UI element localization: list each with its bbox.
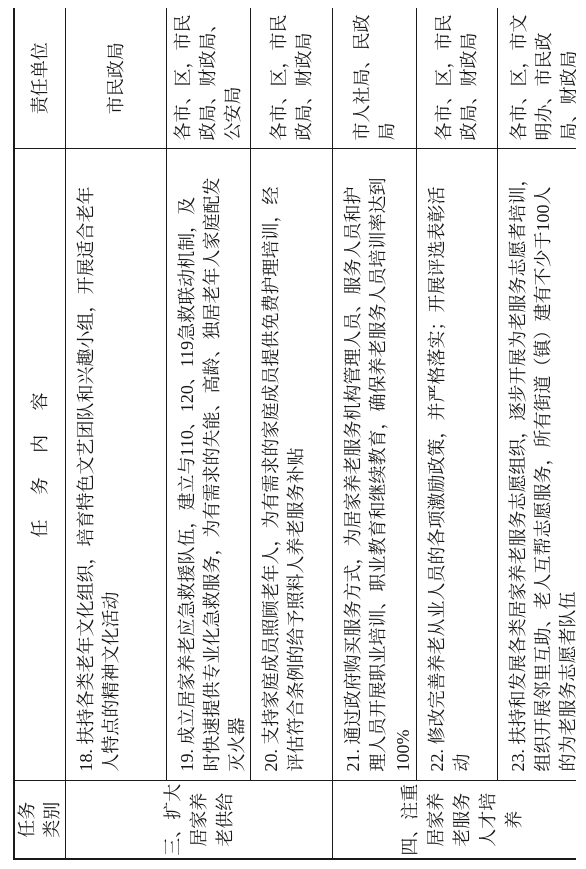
content-cell-task-22: 22. 修改完善养老从业人员的各项激励政策，并严格落实；开展评选表彰活 动 [417,149,498,781]
header-task-content: 任务内容 [14,149,66,781]
unit-cell-task-22: 各市、区，市民 政局、财政局 [417,8,498,149]
table-row: 三、扩大 居家养 老供给 18. 扶持各类老年文化组织，培育特色文艺团队和兴趣小… [66,8,167,859]
header-task-category: 任务 类别 [14,781,66,859]
unit-cell-task-18: 市民政局 [66,8,167,149]
category-cell-section4: 四、注重 居家养 老服务 人才培 养 [333,781,577,859]
unit-cell-task-23: 各市、区，市文 明办、市民政 局、财政局 [498,8,577,149]
content-cell-task-19: 19. 成立居家养老应急救援队伍，建立与110、120、119急救联动机制，及 … [167,149,251,781]
table-row: 20. 支持家庭成员照顾老年人，为有需求的家庭成员提供免费护理培训，经 评估符合… [251,8,333,859]
content-cell-task-21: 21. 通过政府购买服务方式，为居家养老服务机构管理人员、服务人员和护 理人员开… [333,149,417,781]
task-table: 任务 类别 任务内容 责任单位 三、扩大 居家养 老供给 18. 扶持各类老年文… [13,8,576,860]
document-page: 任务 类别 任务内容 责任单位 三、扩大 居家养 老供给 18. 扶持各类老年文… [0,0,586,869]
table-row: 四、注重 居家养 老服务 人才培 养 21. 通过政府购买服务方式，为居家养老服… [333,8,417,859]
rotated-table-container: 任务 类别 任务内容 责任单位 三、扩大 居家养 老供给 18. 扶持各类老年文… [13,8,576,860]
header-responsible-unit: 责任单位 [14,8,66,149]
content-cell-task-20: 20. 支持家庭成员照顾老年人，为有需求的家庭成员提供免费护理培训，经 评估符合… [251,149,333,781]
table-header-row: 任务 类别 任务内容 责任单位 [14,8,66,859]
table-row: 19. 成立居家养老应急救援队伍，建立与110、120、119急救联动机制，及 … [167,8,251,859]
content-cell-task-18: 18. 扶持各类老年文化组织，培育特色文艺团队和兴趣小组，开展适合老年 人特点的… [66,149,167,781]
table-row: 23. 扶持和发展各类居家养老服务志愿组织，逐步开展为老服务志愿者培训， 组织开… [498,8,577,859]
unit-cell-task-21: 市人社局、民政 局 [333,8,417,149]
unit-cell-task-20: 各市、区，市民 政局、财政局 [251,8,333,149]
unit-cell-task-19: 各市、区，市民 政局、财政局、 公安局 [167,8,251,149]
content-cell-task-23: 23. 扶持和发展各类居家养老服务志愿组织，逐步开展为老服务志愿者培训， 组织开… [498,149,577,781]
category-cell-section3: 三、扩大 居家养 老供给 [66,781,333,859]
table-row: 22. 修改完善养老从业人员的各项激励政策，并严格落实；开展评选表彰活 动 各市… [417,8,498,859]
